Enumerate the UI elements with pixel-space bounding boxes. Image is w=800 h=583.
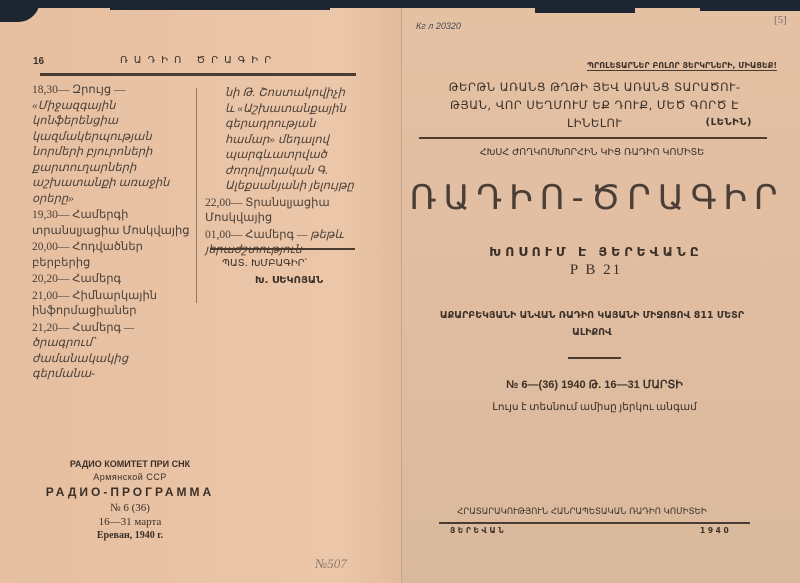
schedule-continuation: նի Թ. Շոստակովիչի և «Աշխատանքային գերադր… — [205, 86, 355, 195]
quote-line: ԹԵՐԹՆ ԱՌԱՆՑ ԹՂԹԻ ՅԵՎ ԱՌԱՆՑ ՏԱՐԱԾՈՒ- — [422, 78, 767, 96]
schedule-column-2: նի Թ. Շոստակովիչի և «Աշխատանքային գերադր… — [205, 86, 355, 260]
schedule-entry: 22,00— Տրանսլյացիա Մոսկվայից — [205, 196, 355, 227]
torn-edge — [535, 0, 635, 13]
quote-rule — [419, 137, 767, 139]
header-rule — [40, 73, 356, 76]
footer-rule — [439, 522, 750, 524]
schedule-entry: 20,00— Հոդվածներ բերբերից — [32, 240, 192, 271]
committee: ՀԽՍՀ ԺՈՂԿՈՄԽՈՐՀԻՆ ԿԻՑ ՌԱԴԻՈ ԿՈՄԻՏԵ — [402, 147, 782, 158]
frequency-note: Լույս է տեսնում ամիսը յերկու անգամ — [402, 401, 787, 413]
station-info: ԱՔԱՐԲԵԿՅԱՆԻ ԱՆՎԱՆ ՌԱԴԻՈ ԿԱՅԱՆԻ ՄԻՋՈՑՈՎ 8… — [402, 307, 782, 341]
subtitle: ԽՈՍՈՒՄ Է ՅԵՐԵՎԱՆԸ — [402, 244, 790, 259]
quote-line: ԼԻՆԵԼՈՒ — [567, 116, 622, 130]
quote-author: (ԼԵՆԻՆ) — [706, 114, 752, 132]
quote-line: ԹՅԱՆ, ՎՈՐ ՍԵՂՄՈՒՄ ԵՔ ԴՈՒՔ, ՄԵԾ ԳՈՐԾ Է — [422, 96, 767, 114]
editor-label: ՊԱՏ. ԽՄԲԱԳԻՐ՝ — [222, 258, 307, 269]
imprint-line: РАДИО КОМИТЕТ ПРИ СНК — [40, 458, 220, 471]
pencil-note: №507 — [315, 556, 347, 572]
editor-name: Խ. ՍԵԿՈՅԱՆ — [255, 275, 323, 286]
schedule-entry: 21,00— Հիմնարկային ինֆորմացիաներ — [32, 289, 192, 320]
schedule-column-1: 18,30— Զրույց — «Միջազգային կոնֆերենցիա … — [32, 83, 192, 384]
issue-line: № 6—(36) 1940 Թ. 16—31 ՄԱՐՏԻ — [402, 378, 787, 391]
station-line: ԱՔԱՐԲԵԿՅԱՆԻ ԱՆՎԱՆ ՌԱԴԻՈ ԿԱՅԱՆԻ ՄԻՋՈՑՈՎ 8… — [402, 307, 782, 324]
callsign: P B 21 — [402, 262, 790, 279]
torn-edge — [700, 0, 800, 11]
imprint-issue: № 6 (36) — [40, 501, 220, 515]
russian-imprint: РАДИО КОМИТЕТ ПРИ СНК Армянской ССР РАДИ… — [40, 458, 220, 543]
imprint-title: РАДИО-ПРОГРАММА — [40, 484, 220, 501]
schedule-entry: 20,20— Համերգ — [32, 272, 192, 288]
right-page: Кг л 20320 [5] ՊՐՈԼԵՏԱՐՆԵՐ ԲՈԼՈՐ ՅԵՐԿՐՆԵ… — [401, 8, 800, 583]
left-page: 16 ՌԱԴԻՈ ԾՐԱԳԻՐ 18,30— Զրույց — «Միջազգա… — [0, 8, 401, 583]
running-header: ՌԱԴԻՈ ԾՐԱԳԻՐ — [120, 55, 277, 66]
main-title: ՌԱԴԻՈ-ԾՐԱԳԻՐ — [402, 178, 792, 218]
imprint-line: Армянской ССР — [40, 471, 220, 484]
torn-edge — [110, 0, 330, 10]
city: Յ Ե Ր Ե Վ Ա Ն — [450, 526, 504, 535]
folio-number: [5] — [774, 14, 787, 26]
schedule-entry: 18,30— Զրույց — «Միջազգային կոնֆերենցիա … — [32, 83, 192, 207]
imprint-dates: 16—31 марта — [40, 515, 220, 529]
archive-stamp: Кг л 20320 — [416, 21, 461, 31]
schedule-entry: 01,00— Համերգ — թեթև յերաժշտություն — [205, 228, 355, 259]
editor-rule — [210, 248, 355, 250]
short-rule — [568, 357, 621, 359]
schedule-entry: 19,30— Համերգի տրանսլյացիա Մոսկվայից — [32, 208, 192, 239]
imprint-place-year: Ереван, 1940 г. — [40, 529, 220, 543]
lenin-quote: ԹԵՐԹՆ ԱՌԱՆՑ ԹՂԹԻ ՅԵՎ ԱՌԱՆՑ ՏԱՐԱԾՈՒ- ԹՅԱՆ… — [422, 78, 767, 132]
page-number: 16 — [33, 56, 44, 67]
year: 1 9 4 0 — [700, 526, 729, 535]
column-divider — [196, 88, 197, 303]
schedule-entry: 21,20— Համերգ — ծրագրում՝ ժամանակակից գե… — [32, 321, 192, 383]
slogan: ՊՐՈԼԵՏԱՐՆԵՐ ԲՈԼՈՐ ՅԵՐԿՐՆԵՐԻ, ՄԻԱՑԵՔ! — [587, 61, 777, 71]
station-line: ԱԼԻՔՈՎ — [402, 324, 782, 341]
publisher: ՀՐԱՏԱՐԱԿՈՒԹՅՈՒՆ ՀԱՆՐԱՊԵՏԱԿԱՆ ՌԱԴԻՈ ԿՈՄԻՏ… — [432, 507, 732, 517]
